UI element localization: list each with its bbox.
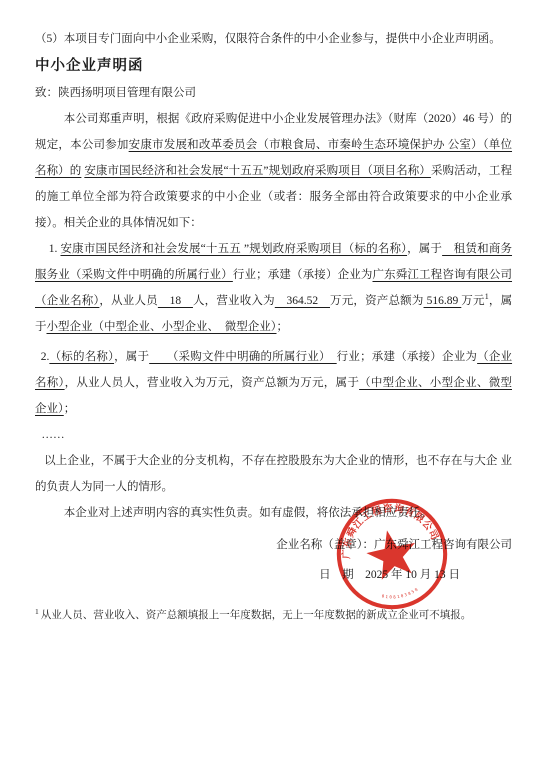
- text-run: 1.: [49, 243, 61, 255]
- text-run: ；: [64, 403, 76, 415]
- blank-fill-underlined: 364.52: [275, 295, 330, 307]
- blank-fill-underlined: 516.89: [424, 295, 462, 307]
- text-run: ，属于: [407, 243, 442, 255]
- seal-code: 0108103858: [380, 586, 420, 603]
- blank-fill-underlined: 18: [158, 295, 193, 307]
- text-run: ；: [277, 321, 289, 333]
- text-run: 万元，资产总额为: [330, 295, 424, 307]
- responsibility-paragraph: 本企业对上述声明内容的真实性负责。如有虚假，将依法承担相应责任。: [35, 500, 512, 526]
- blank-fill-underlined: 安康市国民经济和社会发展“十五五 ”规划政府采购项目（标的名称）: [60, 243, 407, 255]
- sme-declaration-document-page: （5）本项目专门面向中小企业采购，仅限符合条件的中小企业参与，提供中小企业声明函…: [0, 0, 547, 763]
- blank-fill-underlined: 小型企业（中型企业、小型企业、 微型企业）: [47, 321, 277, 333]
- footnote-text: 从业人员、营业收入、资产总额填报上一年度数据，无上一年度数据的新成立企业可不填报…: [41, 610, 472, 621]
- blank-fill-underlined: （标的名称）: [49, 351, 114, 363]
- blank-fill-underlined: 安康市国民经济和社会发展“十五五”规划政府采购项目（项目名称）: [84, 165, 431, 177]
- text-run: 行业；承建（承接）企业为: [233, 269, 373, 281]
- intro-clause: （5）本项目专门面向中小企业采购，仅限符合条件的中小企业参与，提供中小企业声明函…: [35, 26, 512, 52]
- date-line: 日 期 2025 年 10 月 13 日: [35, 562, 512, 588]
- item1-subject-paragraph: 1. 安康市国民经济和社会发展“十五五 ”规划政府采购项目（标的名称），属于 租…: [35, 236, 512, 340]
- document-title: 中小企业声明函: [35, 52, 512, 80]
- no-large-enterprise-paragraph: 以上企业，不属于大企业的分支机构，不存在控股股东为大企业的情形，也不存在与大企 …: [35, 448, 512, 500]
- text-run: 人，营业收入为: [193, 295, 275, 307]
- ellipsis-line: ......: [35, 422, 512, 448]
- declaration-paragraph: 本公司郑重声明，根据《政府采购促进中小企业发展管理办法》（财库（2020）46 …: [35, 106, 512, 236]
- company-signature-line: 企业名称（盖章）：广东舜江工程咨询有限公司: [35, 532, 512, 558]
- text-run: ，从业人员人，营业收入为万元，资产总额为万元，属于: [65, 377, 360, 389]
- text-run: 行业；承建（承接）企业为: [337, 351, 477, 363]
- text-run: 万元: [461, 295, 484, 307]
- blank-fill-underlined: （采购文件中明确的所属行业）: [149, 351, 336, 363]
- item2-subject-paragraph: 2.（标的名称），属于 （采购文件中明确的所属行业） 行业；承建（承接）企业为（…: [35, 344, 512, 422]
- footnote: 1从业人员、营业收入、资产总额填报上一年度数据，无上一年度数据的新成立企业可不填…: [35, 608, 512, 624]
- addressee-line: 致：陕西扬明项目管理有限公司: [35, 80, 512, 106]
- footnote-marker: 1: [35, 607, 39, 616]
- text-run: ，属于: [114, 351, 149, 363]
- text-run: ，从业人员: [99, 295, 157, 307]
